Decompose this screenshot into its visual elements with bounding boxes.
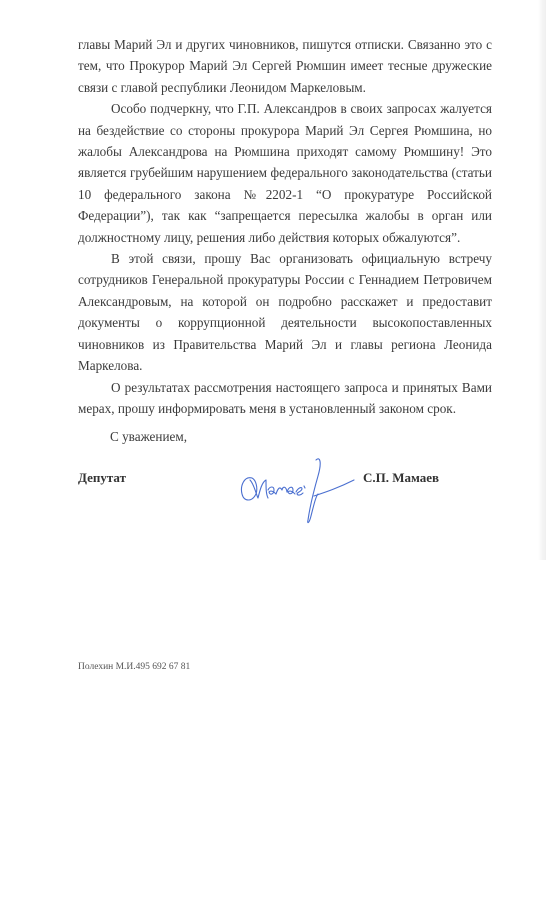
paragraph-3: В этой связи, прошу Вас организовать офи… [78,248,492,376]
signer-title: Депутат [78,470,126,486]
signer-name: С.П. Мамаев [363,470,439,486]
closing-salutation: С уважением, [110,429,187,445]
handwritten-signature [238,450,358,530]
signature-block: Депутат С.П. Мамаев [78,462,498,532]
paragraph-2: Особо подчеркну, что Г.П. Александров в … [78,98,492,248]
paragraph-1: главы Марий Эл и других чиновников, пишу… [78,34,492,98]
paragraph-4: О результатах рассмотрения настоящего за… [78,377,492,420]
scan-edge-shadow [538,0,546,560]
letter-body: главы Марий Эл и других чиновников, пишу… [78,34,492,419]
contact-footnote: Полехин М.И.495 692 67 81 [78,662,190,672]
